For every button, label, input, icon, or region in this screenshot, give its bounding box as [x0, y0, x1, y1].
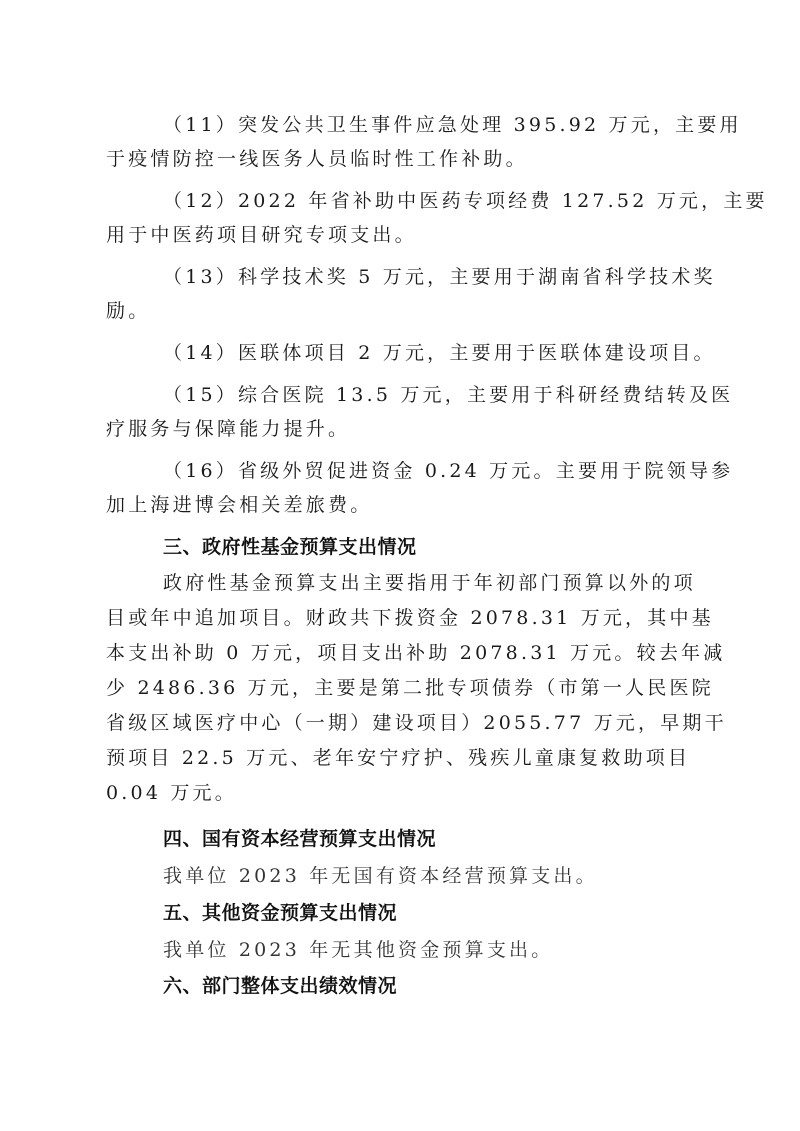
section-3-line-6: 预项目 22.5 万元、老年安宁疗护、残疾儿童康复救助项目 [106, 746, 686, 770]
section-5-heading: 五、其他资金预算支出情况 [163, 901, 743, 925]
item-13-line-2: 励。 [106, 299, 686, 323]
document-page: （11）突发公共卫生事件应急处理 395.92 万元，主要用 于疫情防控一线医务… [0, 0, 800, 1131]
section-3-line-2: 目或年中追加项目。财政共下拨资金 2078.31 万元，其中基 [106, 606, 686, 630]
item-13-line-1: （13）科学技术奖 5 万元，主要用于湖南省科学技术奖 [163, 265, 743, 289]
section-5-text: 我单位 2023 年无其他资金预算支出。 [163, 938, 743, 962]
item-15-line-2: 疗服务与保障能力提升。 [106, 417, 686, 441]
item-12-line-2: 用于中医药项目研究专项支出。 [106, 223, 686, 247]
section-3-heading: 三、政府性基金预算支出情况 [163, 535, 743, 559]
section-4-heading: 四、国有资本经营预算支出情况 [163, 827, 743, 851]
item-11-line-2: 于疫情防控一线医务人员临时性工作补助。 [106, 147, 686, 171]
section-3-line-7: 0.04 万元。 [106, 781, 686, 805]
section-6-heading: 六、部门整体支出绩效情况 [163, 974, 743, 998]
item-15-line-1: （15）综合医院 13.5 万元，主要用于科研经费结转及医 [163, 383, 743, 407]
section-3-line-1: 政府性基金预算支出主要指用于年初部门预算以外的项 [163, 571, 743, 595]
item-16-line-2: 加上海进博会相关差旅费。 [106, 493, 686, 517]
section-3-line-5: 省级区域医疗中心（一期）建设项目）2055.77 万元，早期干 [106, 711, 686, 735]
item-12-line-1: （12）2022 年省补助中医药专项经费 127.52 万元，主要 [163, 189, 743, 213]
section-3-line-4: 少 2486.36 万元，主要是第二批专项债券（市第一人民医院 [106, 676, 686, 700]
item-14-line-1: （14）医联体项目 2 万元，主要用于医联体建设项目。 [163, 341, 743, 365]
section-3-line-3: 本支出补助 0 万元，项目支出补助 2078.31 万元。较去年减 [106, 641, 686, 665]
item-16-line-1: （16）省级外贸促进资金 0.24 万元。主要用于院领导参 [163, 459, 743, 483]
section-4-text: 我单位 2023 年无国有资本经营预算支出。 [163, 864, 743, 888]
item-11-line-1: （11）突发公共卫生事件应急处理 395.92 万元，主要用 [163, 113, 743, 137]
